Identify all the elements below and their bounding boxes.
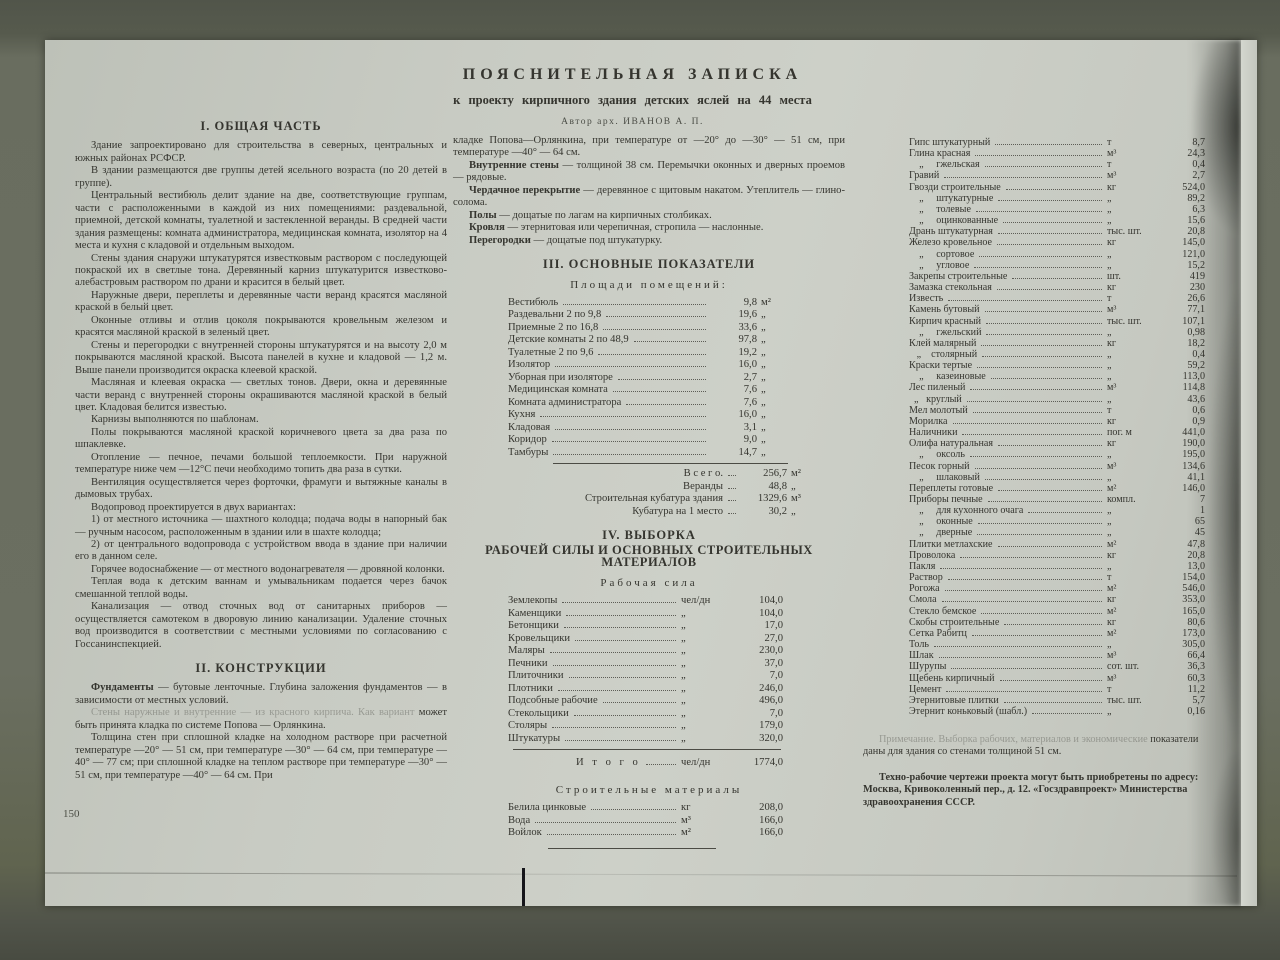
row-unit: „ [681, 683, 737, 696]
row-value: 166,0 [737, 815, 783, 828]
table-row: Закрепы строительныешт.419 [909, 271, 1205, 282]
dot-leader [569, 677, 676, 678]
table-row: Подсобные рабочие„496,0 [508, 695, 783, 708]
row-unit: „ [757, 422, 783, 435]
dot-leader [972, 635, 1102, 636]
row-unit: м³ [1107, 170, 1161, 181]
row-label: „ оконные [909, 516, 973, 527]
paper-crease [45, 872, 1237, 876]
section-1-heading: I. ОБЩАЯ ЧАСТЬ [75, 120, 447, 132]
dot-leader [626, 404, 706, 405]
row-value: 2,7 [711, 372, 757, 385]
row-value: 145,0 [1161, 237, 1205, 248]
table-row: Гипс штукатурныйт8,7 [909, 137, 1205, 148]
row-value: 80,6 [1161, 617, 1205, 628]
paragraph: Чердачное перекрытие — деревянное с щито… [453, 185, 845, 210]
dot-leader [934, 646, 1102, 647]
row-label: Камень бутовый [909, 304, 980, 315]
table-row: Кровельщики„27,0 [508, 633, 783, 646]
row-value: 18,2 [1161, 338, 1205, 349]
dot-leader [1032, 713, 1102, 714]
dot-leader [985, 311, 1102, 312]
paragraph: Техно-рабочие чертежи проекта могут быть… [863, 772, 1211, 810]
total-label: И т о г о [576, 757, 641, 769]
page-edge [1241, 40, 1257, 906]
table-row: Цементт11,2 [909, 684, 1205, 695]
note-paragraph: Примечание. Выборка рабочих, материалов … [863, 734, 1211, 759]
row-unit: „ [757, 397, 783, 410]
areas-totals-table: В с е г о.256,7м²Веранды48,8„Строительна… [508, 468, 783, 518]
dot-leader [547, 834, 676, 835]
table-row: Плиточники„7,0 [508, 670, 783, 683]
row-value: 5,7 [1161, 695, 1205, 706]
dot-leader [960, 557, 1102, 558]
row-unit: „ [1107, 349, 1161, 360]
table-row: „ гжельский„0,98 [909, 327, 1205, 338]
row-unit: „ [1107, 561, 1161, 572]
row-label: В с е г о. [508, 468, 723, 481]
dot-leader [574, 715, 676, 716]
table-row: Вестибюль9,8м² [508, 297, 783, 310]
row-label: Вода [508, 815, 530, 828]
total-unit: чел/дн [681, 757, 737, 769]
row-value: 14,7 [711, 447, 757, 460]
row-label: Гвозди строительные [909, 182, 1001, 193]
row-unit: „ [757, 409, 783, 422]
row-label: Проволока [909, 550, 955, 561]
row-label: „ гжельский [909, 327, 981, 338]
table-row: Пакля„13,0 [909, 561, 1205, 572]
row-unit: „ [681, 645, 737, 658]
table-row: Комната администратора7,6„ [508, 397, 783, 410]
row-value: 65 [1161, 516, 1205, 527]
table-row: „ толевые„6,3 [909, 204, 1205, 215]
paragraph: Горячее водоснабжение — от местного водо… [75, 564, 447, 576]
dot-leader [970, 456, 1102, 457]
table-row: Строительная кубатура здания1329,6м³ [508, 493, 783, 506]
dot-leader [939, 657, 1102, 658]
paragraph: Масляная и клеевая окраска — светлых тон… [75, 377, 447, 414]
dot-leader [982, 356, 1102, 357]
row-label: „ дверные [909, 527, 972, 538]
row-value: 6,3 [1161, 204, 1205, 215]
table-row: Плитки метлахскием²47,8 [909, 539, 1205, 550]
dot-leader [986, 334, 1102, 335]
row-unit: т [1107, 684, 1161, 695]
row-label: „ штукатурные [909, 193, 993, 204]
dot-leader [967, 401, 1102, 402]
dot-leader [997, 289, 1102, 290]
row-label: Смола [909, 594, 937, 605]
row-value: 13,0 [1161, 561, 1205, 572]
dot-leader [945, 590, 1102, 591]
row-value: 134,6 [1161, 461, 1205, 472]
left-column: I. ОБЩАЯ ЧАСТЬ Здание запроектировано дл… [75, 120, 447, 782]
row-unit: тыс. шт. [1107, 316, 1161, 327]
table-row: Рогожам²546,0 [909, 583, 1205, 594]
materials-subheading: Строительные материалы [453, 784, 845, 796]
row-value: 43,6 [1161, 394, 1205, 405]
row-unit: кг [1107, 594, 1161, 605]
dot-leader [974, 267, 1102, 268]
table-row: Медицинская комната7,6„ [508, 384, 783, 397]
table-row: Скобы строительныекг80,6 [909, 617, 1205, 628]
row-label: Рогожа [909, 583, 940, 594]
table-row: Известьт26,6 [909, 293, 1205, 304]
row-value: 441,0 [1161, 427, 1205, 438]
row-unit: „ [757, 359, 783, 372]
row-value: 16,0 [711, 359, 757, 372]
dot-leader [598, 354, 706, 355]
table-row: „ столярный„0,4 [909, 349, 1205, 360]
row-unit: м³ [1107, 461, 1161, 472]
dot-leader [970, 389, 1102, 390]
row-label: Войлок [508, 827, 542, 840]
table-row: Раздевальни 2 по 9,819,6„ [508, 309, 783, 322]
row-label: Гипс штукатурный [909, 137, 990, 148]
dot-leader [948, 579, 1102, 580]
row-label: „ для кухонного очага [909, 505, 1023, 516]
row-value: 33,6 [711, 322, 757, 335]
row-unit: м³ [787, 493, 813, 506]
row-label: Кладовая [508, 422, 550, 435]
paragraph: В здании размещаются две группы детей яс… [75, 165, 447, 190]
table-row: Изолятор16,0„ [508, 359, 783, 372]
row-unit: м³ [1107, 650, 1161, 661]
row-unit: „ [757, 372, 783, 385]
dot-leader [591, 809, 676, 810]
row-unit: м³ [1107, 304, 1161, 315]
paragraph: Здание запроектировано для строительства… [75, 140, 447, 165]
row-label: Клей малярный [909, 338, 976, 349]
paragraph: Стены наружные и внутренние — из красног… [75, 707, 447, 732]
table-row: „ оконные„65 [909, 516, 1205, 527]
table-row: Кубатура на 1 место30,2„ [508, 506, 783, 519]
table-row: Веранды48,8„ [508, 481, 783, 494]
row-unit: кг [1107, 237, 1161, 248]
scan-background: ПОЯСНИТЕЛЬНАЯ ЗАПИСКА к проекту кирпично… [0, 0, 1280, 960]
row-value: 165,0 [1161, 606, 1205, 617]
row-unit: „ [1107, 505, 1161, 516]
row-value: 246,0 [737, 683, 783, 696]
row-label: „ толевые [909, 204, 971, 215]
row-value: 9,0 [711, 434, 757, 447]
row-value: 77,1 [1161, 304, 1205, 315]
row-value: 179,0 [737, 720, 783, 733]
table-row: Сетка Рабитцм²173,0 [909, 628, 1205, 639]
paragraph: 2) от центрального водопровода с устройс… [75, 539, 447, 564]
table-row: „ оцинкованные„15,6 [909, 215, 1205, 226]
row-unit: „ [1107, 516, 1161, 527]
row-label: Строительная кубатура здания [508, 493, 723, 506]
row-value: 0,4 [1161, 159, 1205, 170]
row-label: Бетонщики [508, 620, 559, 633]
table-row: Толь„305,0 [909, 639, 1205, 650]
row-unit: „ [1107, 639, 1161, 650]
row-label: „ шлаковый [909, 472, 980, 483]
row-unit: „ [681, 633, 737, 646]
dot-leader [977, 534, 1102, 535]
row-value: 8,7 [1161, 137, 1205, 148]
dot-leader [942, 601, 1102, 602]
dot-leader [948, 300, 1102, 301]
table-row: Кухня16,0„ [508, 409, 783, 422]
table-row: Кладовая3,1„ [508, 422, 783, 435]
constructions-continued: кладке Попова—Орлянкина, при температуре… [453, 135, 845, 247]
row-label: Стекольщики [508, 708, 569, 721]
row-label: Замазка стекольная [909, 282, 992, 293]
table-row: Морилкакг0,9 [909, 416, 1205, 427]
row-value: 66,4 [1161, 650, 1205, 661]
row-unit: тыс. шт. [1107, 695, 1161, 706]
row-value: 27,0 [737, 633, 783, 646]
row-unit: м² [1107, 483, 1161, 494]
row-label: Приемные 2 по 16,8 [508, 322, 598, 335]
row-unit: „ [757, 322, 783, 335]
row-value: 47,8 [1161, 539, 1205, 550]
row-label: „ столярный [909, 349, 977, 360]
table-row: Белила цинковыекг208,0 [508, 802, 783, 815]
table-row: „ угловое„15,2 [909, 260, 1205, 271]
middle-column: кладке Попова—Орлянкина, при температуре… [453, 135, 845, 849]
row-unit: кг [1107, 282, 1161, 293]
row-value: 320,0 [737, 733, 783, 746]
row-label: Печники [508, 658, 548, 671]
workforce-total-row: И т о г о чел/дн 1774,0 [508, 757, 783, 769]
row-label: Шурупы [909, 661, 946, 672]
table-row: Гвозди строительныекг524,0 [909, 182, 1205, 193]
row-value: 190,0 [1161, 438, 1205, 449]
dot-leader [951, 668, 1102, 669]
table-row: Мел молотыйт0,6 [909, 405, 1205, 416]
paragraph: Внутренние стены — толщиной 38 см. Перем… [453, 160, 845, 185]
paragraph: Карнизы выполняются по шаблонам. [75, 414, 447, 426]
dot-leader [563, 304, 706, 305]
row-unit: „ [787, 481, 813, 494]
table-row: Лес пиленыйм³114,8 [909, 382, 1205, 393]
row-label: „ круглый [909, 394, 962, 405]
row-value: 19,2 [711, 347, 757, 360]
row-unit: м³ [1107, 673, 1161, 684]
row-label: Кухня [508, 409, 535, 422]
row-value: 1 [1161, 505, 1205, 516]
paragraph: Вентиляция осуществляется через форточки… [75, 477, 447, 502]
row-value: 17,0 [737, 620, 783, 633]
row-unit: „ [681, 720, 737, 733]
table-row: Плотники„246,0 [508, 683, 783, 696]
dot-leader [646, 764, 676, 765]
paragraph: Перегородки — дощатые под штукатурку. [453, 235, 845, 247]
row-value: 496,0 [737, 695, 783, 708]
paragraph: кладке Попова—Орлянкина, при температуре… [453, 135, 845, 160]
row-value: 7,6 [711, 397, 757, 410]
table-row: Кирпич красныйтыс. шт.107,1 [909, 316, 1205, 327]
table-row: Стекло бемскоем²165,0 [909, 606, 1205, 617]
dot-leader [565, 740, 676, 741]
dot-leader [978, 523, 1102, 524]
row-label: Маляры [508, 645, 545, 658]
row-unit: м³ [681, 815, 737, 828]
row-value: 20,8 [1161, 550, 1205, 561]
dot-leader [558, 690, 676, 691]
row-value: 230 [1161, 282, 1205, 293]
row-unit: компл. [1107, 494, 1161, 505]
row-unit: „ [757, 347, 783, 360]
dot-leader [985, 479, 1102, 480]
dot-leader [566, 615, 676, 616]
dot-leader [575, 640, 676, 641]
dot-leader [991, 378, 1102, 379]
table-row: Маляры„230,0 [508, 645, 783, 658]
faded-text: Стены наружные и внутренние — из красног… [91, 707, 419, 718]
materials-table-right: Гипс штукатурныйт8,7Глина краснаям³24,3 … [909, 137, 1205, 717]
table-row: Уборная при изоляторе2,7„ [508, 372, 783, 385]
row-label: Краски тертые [909, 360, 972, 371]
row-label: Морилка [909, 416, 948, 427]
dot-leader [552, 727, 676, 728]
dot-leader [540, 416, 706, 417]
row-unit: „ [1107, 527, 1161, 538]
table-row: Щебень кирпичныйм³60,3 [909, 673, 1205, 684]
row-value: 48,8 [741, 481, 787, 494]
row-unit: „ [757, 434, 783, 447]
table-row: Стекольщики„7,0 [508, 708, 783, 721]
row-value: 30,2 [741, 506, 787, 519]
row-label: Щебень кирпичный [909, 673, 995, 684]
row-label: Скобы строительные [909, 617, 999, 628]
dot-leader [977, 367, 1102, 368]
row-unit: м² [1107, 628, 1161, 639]
row-label: „ оксоль [909, 449, 965, 460]
page-number: 150 [63, 808, 80, 820]
dot-leader [944, 177, 1102, 178]
page-header: ПОЯСНИТЕЛЬНАЯ ЗАПИСКА к проекту кирпично… [375, 66, 890, 127]
dot-leader [981, 613, 1102, 614]
row-unit: „ [681, 608, 737, 621]
row-label: Этернит коньковый (шабл.) [909, 706, 1027, 717]
dot-leader [728, 500, 736, 501]
row-label: Комната администратора [508, 397, 621, 410]
divider-line [553, 463, 788, 464]
row-label: Наличники [909, 427, 957, 438]
dot-leader [1006, 189, 1102, 190]
row-unit: „ [757, 334, 783, 347]
row-label: Сетка Рабитц [909, 628, 967, 639]
dot-leader [1028, 512, 1102, 513]
row-value: 305,0 [1161, 639, 1205, 650]
row-unit: т [1107, 159, 1161, 170]
dot-leader [562, 602, 676, 603]
table-row: Железо кровельноекг145,0 [909, 237, 1205, 248]
dot-leader [555, 366, 706, 367]
row-value: 26,6 [1161, 293, 1205, 304]
row-label: Кубатура на 1 место [508, 506, 723, 519]
dot-leader [728, 488, 736, 489]
dot-leader [1003, 222, 1102, 223]
row-unit: кг [681, 802, 737, 815]
table-row: Приборы печныекомпл.7 [909, 494, 1205, 505]
dot-leader [988, 501, 1102, 502]
row-label: Этернитовые плитки [909, 695, 999, 706]
row-value: 97,8 [711, 334, 757, 347]
row-label: Туалетные 2 по 9,6 [508, 347, 593, 360]
row-unit: тыс. шт. [1107, 226, 1161, 237]
row-value: 0,98 [1161, 327, 1205, 338]
row-label: Приборы печные [909, 494, 983, 505]
dot-leader [728, 513, 736, 514]
row-unit: „ [1107, 706, 1161, 717]
row-unit: т [1107, 405, 1161, 416]
row-label: Лес пиленый [909, 382, 965, 393]
paragraph: Отопление — печное, печами большой тепло… [75, 452, 447, 477]
row-label: Толь [909, 639, 929, 650]
row-unit: м² [1107, 539, 1161, 550]
dot-leader [550, 652, 676, 653]
row-value: 11,2 [1161, 684, 1205, 695]
table-row: Столяры„179,0 [508, 720, 783, 733]
row-unit: „ [681, 695, 737, 708]
table-row: „ оксоль„195,0 [909, 449, 1205, 460]
document-author: Автор арх. ИВАНОВ А. П. [375, 117, 890, 127]
row-value: 524,0 [1161, 182, 1205, 193]
table-row: Шурупысот. шт.36,3 [909, 661, 1205, 672]
row-value: 173,0 [1161, 628, 1205, 639]
dot-leader [1004, 624, 1102, 625]
row-unit: кг [1107, 338, 1161, 349]
table-row: „ штукатурные„89,2 [909, 193, 1205, 204]
dot-leader [946, 691, 1102, 692]
row-value: 37,0 [737, 658, 783, 671]
divider-line [548, 848, 716, 849]
divider-line [513, 749, 781, 750]
table-row: Землекопычел/дн104,0 [508, 595, 783, 608]
dot-leader [618, 379, 706, 380]
section-3-heading: III. ОСНОВНЫЕ ПОКАЗАТЕЛИ [453, 258, 845, 270]
row-label: Плотники [508, 683, 553, 696]
row-unit: „ [1107, 215, 1161, 226]
table-row: Наличникипог. м441,0 [909, 427, 1205, 438]
room-areas-table: Вестибюль9,8м²Раздевальни 2 по 9,819,6„П… [508, 297, 783, 460]
dot-leader [973, 412, 1102, 413]
dot-leader [986, 323, 1102, 324]
address-paragraph: Техно-рабочие чертежи проекта могут быть… [863, 772, 1211, 810]
row-value: 9,8 [711, 297, 757, 310]
row-value: 114,8 [1161, 382, 1205, 393]
row-label: Олифа натуральная [909, 438, 993, 449]
row-value: 7,6 [711, 384, 757, 397]
row-label: „ гжельская [909, 159, 980, 170]
row-label: Гравий [909, 170, 939, 181]
table-row: „ круглый„43,6 [909, 394, 1205, 405]
row-unit: „ [1107, 204, 1161, 215]
table-row: Войлокм²166,0 [508, 827, 783, 840]
table-row: Дрань штукатурнаятыс. шт.20,8 [909, 226, 1205, 237]
row-unit: „ [681, 620, 737, 633]
row-label: Столяры [508, 720, 547, 733]
row-value: 419 [1161, 271, 1205, 282]
table-row: Проволокакг20,8 [909, 550, 1205, 561]
workforce-subheading: Рабочая сила [453, 577, 845, 589]
row-value: 1329,6 [741, 493, 787, 506]
table-row: Переплеты готовыем²146,0 [909, 483, 1205, 494]
row-label: Каменщики [508, 608, 561, 621]
table-row: Гравийм³2,7 [909, 170, 1205, 181]
dot-leader [553, 454, 706, 455]
row-unit: „ [1107, 193, 1161, 204]
row-value: 104,0 [737, 595, 783, 608]
row-label: Вестибюль [508, 297, 558, 310]
paragraph: Примечание. Выборка рабочих, материалов … [863, 734, 1211, 759]
